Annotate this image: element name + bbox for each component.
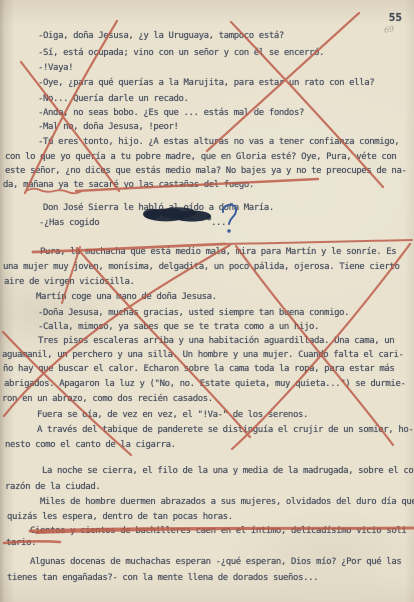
typescript-line: -!Vaya!	[38, 63, 73, 74]
typescript-line: -Mal no, doña Jesusa, !peor!	[38, 122, 179, 133]
typescript-line: este señor, ¿no dices que estás medio ma…	[5, 166, 406, 177]
typescript-line: tario.	[6, 538, 36, 549]
redacted-line-dots: ...	[211, 218, 226, 229]
typescript-line: una mujer muy joven, monísima, delgadita…	[3, 262, 399, 273]
typescript-line: Miles de hombre duermen abrazados a sus …	[40, 497, 414, 508]
typescript-line: razón de la ciudad.	[5, 482, 100, 493]
typescript-line: Tres pisos escaleras arriba y una habita…	[38, 336, 394, 347]
typescript-line: Martín coge una mano de doña Jesusa.	[36, 292, 217, 303]
typescript-line: La noche se cierra, el filo de la una y …	[42, 466, 414, 477]
typescript-line: A través del tabique de panderete se dis…	[37, 425, 413, 436]
typescript-line: abrigados. Apagaron la luz y ("No, no. E…	[4, 379, 405, 390]
page-number: 55	[389, 11, 402, 24]
typescript-line: -¿Has cogido...	[39, 218, 99, 229]
typescript-line: ño hay que buscar el calor. Echaron sobr…	[3, 364, 394, 375]
typescript-line: con lo que yo quería a tu pobre madre, q…	[5, 152, 396, 163]
typescript-line: Fuera se oía, de vez en vez, el "!Va-" d…	[37, 410, 308, 421]
typescript-line: -Calla, mimoso, ya sabes que se te trata…	[38, 322, 319, 333]
typescript-line: -Sí, está ocupada; vino con un señor y c…	[38, 48, 324, 59]
typescript-line: tienes tan engañadas?- con la mente llen…	[7, 573, 318, 584]
typescript-line: aguamanil, un perchero y una silla. Un h…	[2, 350, 403, 361]
typescript-line: Cientos y cientos de bachilleres caen en…	[30, 526, 406, 537]
typescript-line: Don José Sierra le habló al oído a doña …	[43, 203, 274, 214]
typescript-line: -Tú eres tonto, hijo. ¿A estas alturas n…	[38, 137, 399, 148]
typescript-line: -Oye, ¿para qué querías a la Marujita, p…	[38, 78, 374, 89]
typescript-line: nesto como el canto de la cigarra.	[5, 440, 176, 451]
typescript-line: -No... Quería darle un recado.	[38, 94, 189, 105]
typescript-line: -Anda, no seas bobo. ¿Es que ... estás m…	[38, 108, 304, 119]
typescript-line: quizás les espera, dentro de tan pocas h…	[7, 512, 233, 523]
pencil-annotation: 69	[383, 24, 394, 34]
typescript-line: -Oiga, doña Jesusa, ¿y la Uruguaya, tamp…	[38, 31, 284, 42]
typescript-line: da, mañana ya te sacaré yo las castañas …	[3, 180, 254, 191]
typescript-line: ron en un abrazo, como dos recién casado…	[2, 394, 213, 405]
typescript-line: Algunas docenas de muchachas esperan -¿q…	[30, 557, 401, 568]
typescript-line: Pura, la muchacha que está medio mala, m…	[40, 247, 396, 258]
manuscript-page: 55 69 -Oiga, doña Jesusa, ¿y la Uruguaya…	[0, 0, 414, 602]
typescript-line: -Doña Jesusa, muchas gracias, usted siem…	[38, 308, 349, 319]
typescript-line: aire de virgen viciosilla.	[4, 277, 134, 288]
